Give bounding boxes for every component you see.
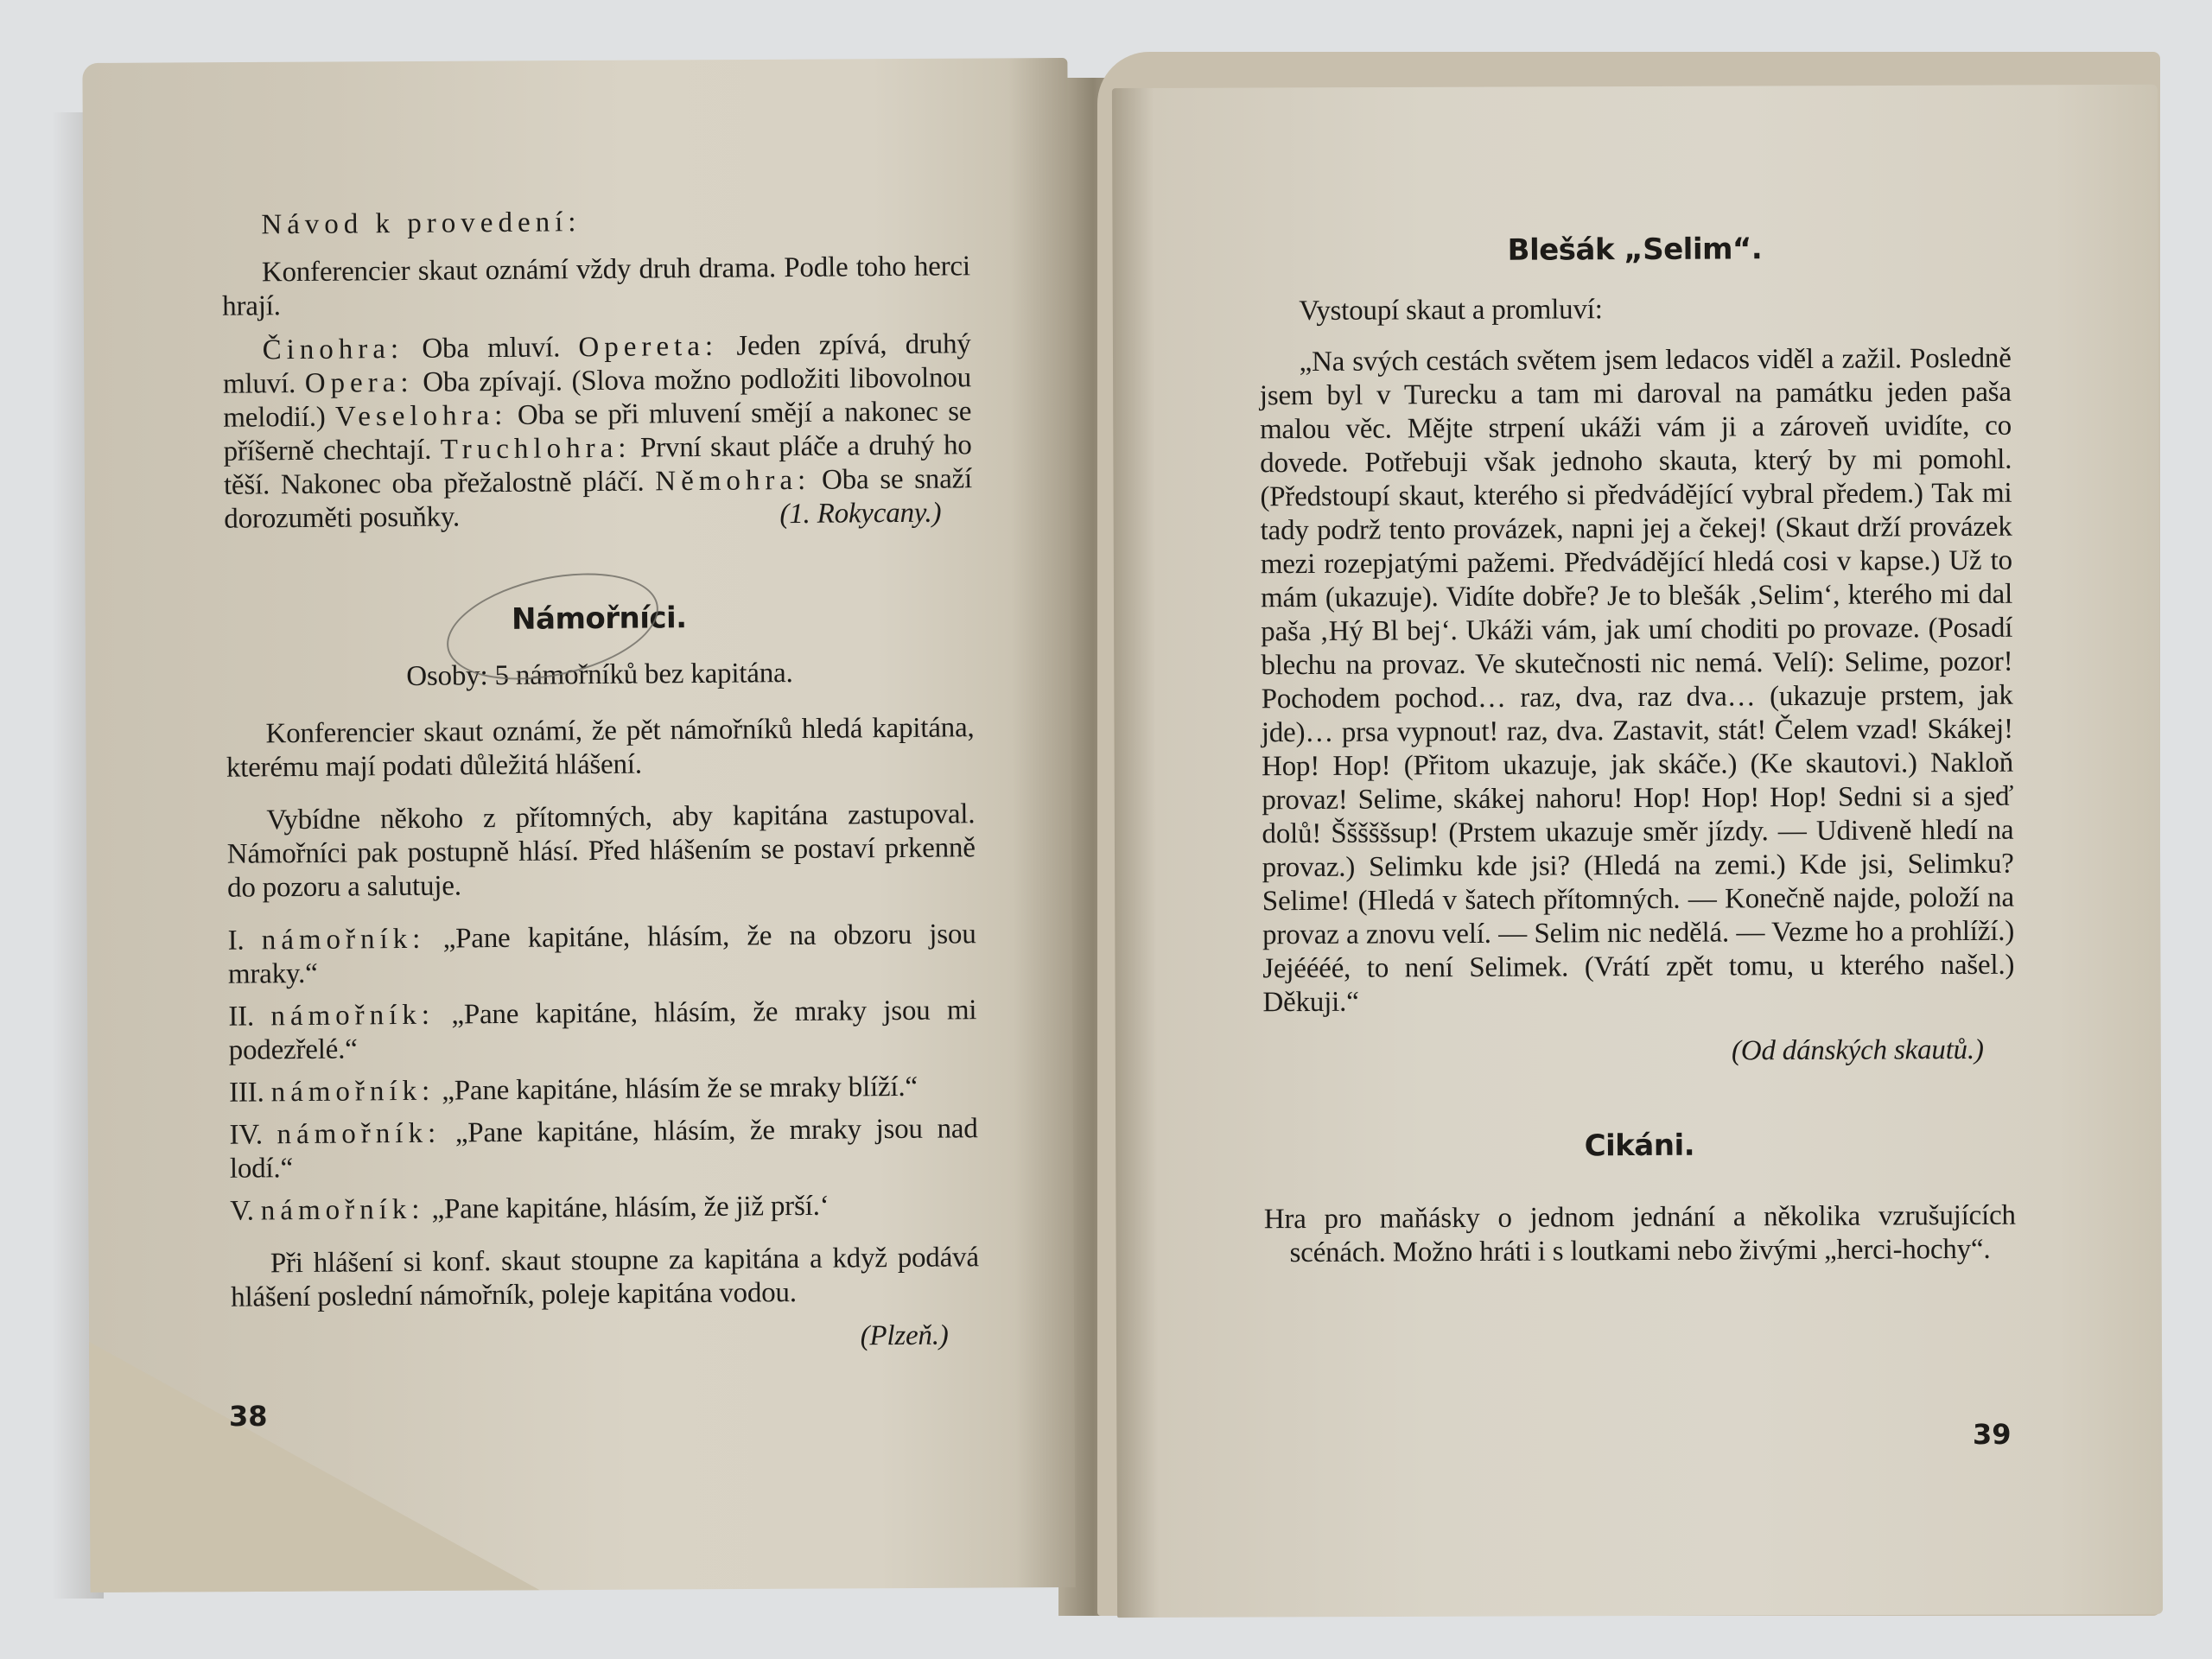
page-number-left: 38 [229,1400,268,1433]
report-line: II. námořník: „Pane kapitáne, hlásím, že… [228,994,977,1068]
intro-paragraph: Konferencier skaut oznámí vždy druh dram… [222,250,971,324]
section-title-blesak: Blešák „Selim“. [1259,232,2011,270]
section-title-cikani: Cikáni. [1263,1128,2015,1166]
section-paragraph: Konferencier skaut oznámí, že pět námořn… [226,711,975,785]
source-attribution: (Od dánských skautů.) [1263,1033,2015,1071]
section-body: Hra pro maňásky o jednom jednání a někol… [1264,1199,2016,1271]
left-page-text: Návod k provedení: Konferencier skaut oz… [221,202,980,1359]
section-body: „Na svých cestách světem jsem ledacos vi… [1260,342,2015,1020]
section-paragraph: Vybídne někoho z přítomných, aby kapitán… [226,798,976,906]
page-number-right: 39 [1973,1418,2012,1451]
report-line: I. námořník: „Pane kapitáne, hlásím, že … [227,918,976,992]
right-page-text: Blešák „Selim“. Vystoupí skaut a promluv… [1259,232,2016,1281]
section-intro: Vystoupí skaut a promluví: [1259,291,2011,329]
folded-corner [89,1339,540,1592]
report-line: IV. námořník: „Pane kapitáne, hlásím, že… [229,1112,978,1186]
instructions-heading: Návod k provedení: [221,202,969,243]
report-line: V. námořník: „Pane kapitáne, hlásím, že … [230,1188,978,1229]
section-paragraph: Při hlášení si konf. skaut stoupne za ka… [231,1241,980,1315]
report-line: III. námořník: „Pane kapitáne, hlásím že… [229,1070,977,1110]
source-attribution: (Plzeň.) [231,1319,979,1359]
